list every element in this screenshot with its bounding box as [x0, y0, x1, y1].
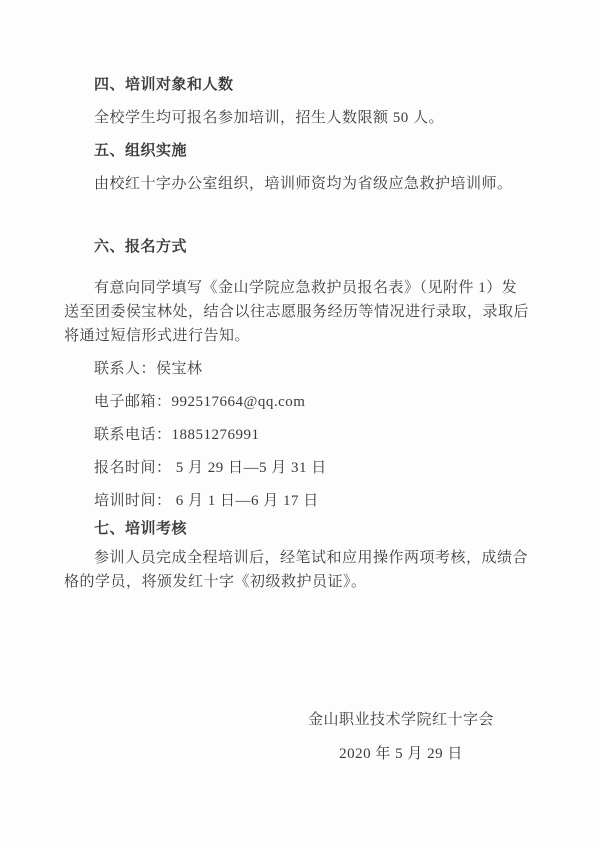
section-paragraph-assessment: 参训人员完成全程培训后，经笔试和应用操作两项考核，成绩合格的学员，将颁发红十字《… [64, 546, 532, 594]
section-heading-registration: 六、报名方式 [64, 235, 532, 259]
document-content: 四、培训对象和人数 全校学生均可报名参加培训，招生人数限额 50 人。 五、组织… [64, 73, 532, 766]
section-paragraph-training-targets: 全校学生均可报名参加培训，招生人数限额 50 人。 [64, 106, 532, 130]
signature-date: 2020 年 5 月 29 日 [308, 742, 494, 766]
signature-block: 金山职业技术学院红十字会 2020 年 5 月 29 日 [308, 708, 494, 766]
detail-phone: 联系电话：18851276991 [64, 423, 532, 447]
detail-email: 电子邮箱：992517664@qq.com [64, 390, 532, 414]
document-page: 四、培训对象和人数 全校学生均可报名参加培训，招生人数限额 50 人。 五、组织… [0, 0, 600, 848]
section-paragraph-organization: 由校红十字办公室组织，培训师资均为省级应急救护培训师。 [64, 172, 532, 196]
section-heading-training-targets: 四、培训对象和人数 [64, 73, 532, 97]
section-heading-assessment: 七、培训考核 [64, 517, 532, 541]
detail-training-period: 培训时间： 6 月 1 日—6 月 17 日 [64, 489, 532, 513]
section-heading-organization: 五、组织实施 [64, 139, 532, 163]
section-paragraph-registration: 有意向同学填写《金山学院应急救护员报名表》（见附件 1）发送至团委侯宝林处，结合… [64, 276, 532, 348]
detail-contact-person: 联系人：侯宝林 [64, 357, 532, 381]
signature-organization: 金山职业技术学院红十字会 [308, 708, 494, 732]
detail-registration-period: 报名时间： 5 月 29 日—5 月 31 日 [64, 456, 532, 480]
